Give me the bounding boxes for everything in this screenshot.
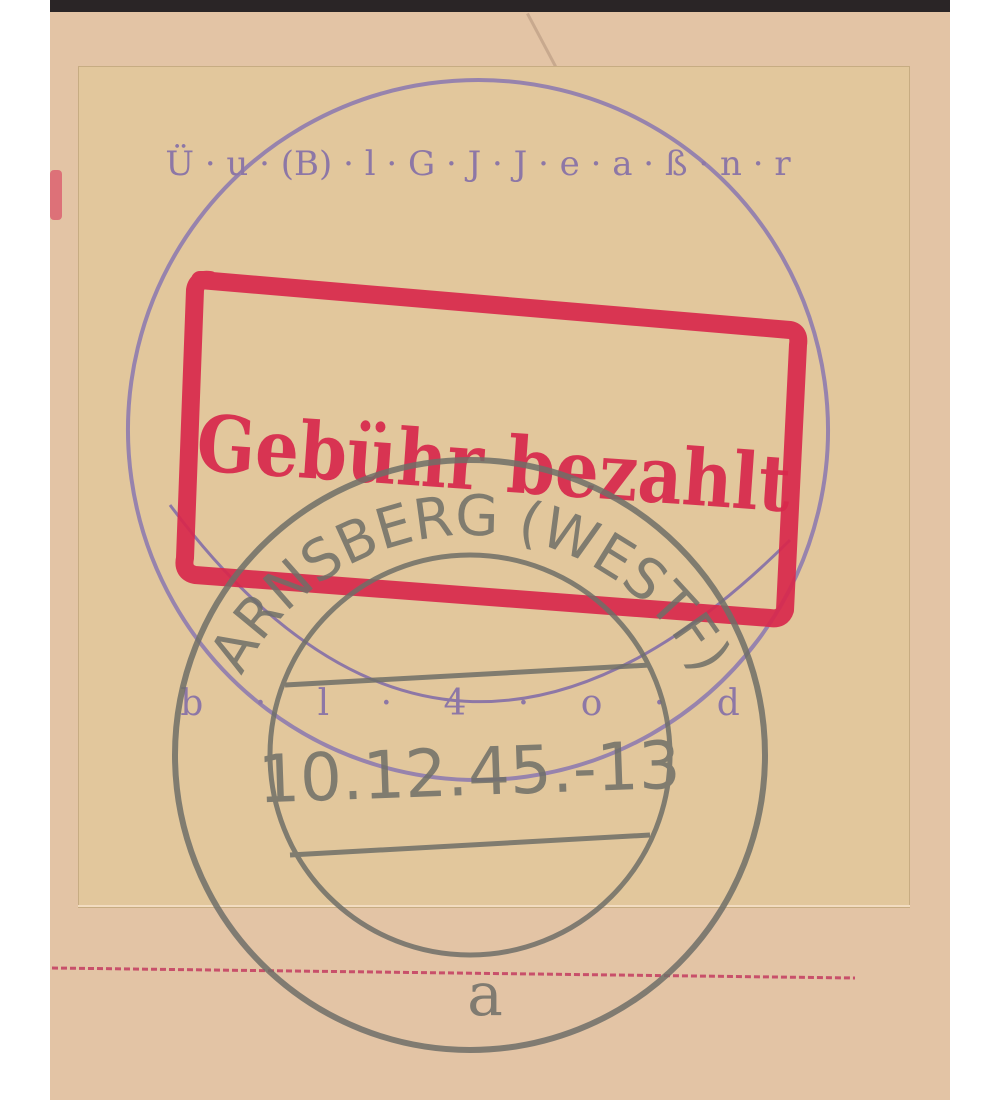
arnsberg-date-cancel: ARNSBERG (WESTF) 10.12.45.-13 a (175, 460, 765, 1050)
violet-cancel-text: Ü · u · (B) · l · G · J · J · e · a · ß … (165, 143, 791, 184)
postmarks-layer: Ü · u · (B) · l · G · J · J · e · a · ß … (0, 0, 1000, 1100)
dotted-line (52, 968, 855, 978)
office-letter: a (467, 960, 503, 1030)
violet-date-fragments: b · l · 4 · o · d (180, 683, 760, 724)
cancel-date: 10.12.45.-13 (257, 727, 682, 819)
